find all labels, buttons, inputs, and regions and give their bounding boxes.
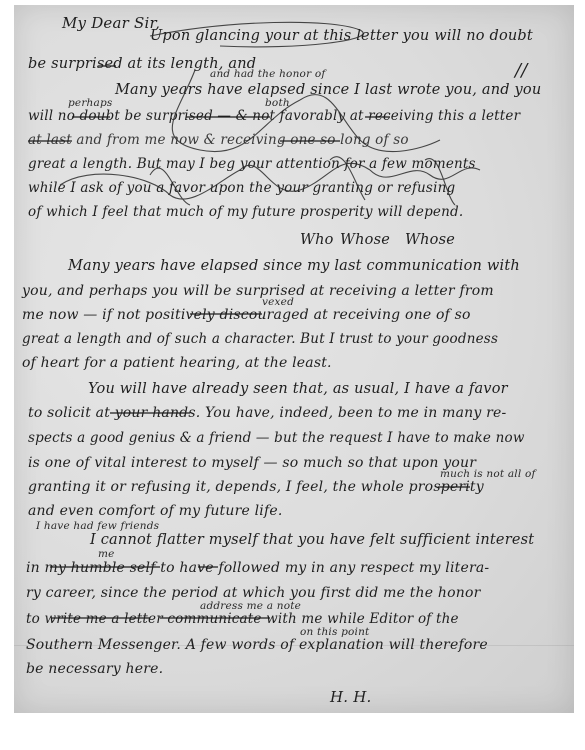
fair-p2-line-5: granting it or refusing it, depends, I f…: [28, 479, 484, 495]
fair-p3-insertion-friends: I have had few friends: [36, 520, 159, 532]
fair-p3-line-3: ry career, since the period at which you…: [26, 585, 481, 601]
word-trial-1: Who: [300, 232, 334, 248]
fair-p2-line-6: and even comfort of my future life.: [28, 503, 282, 519]
word-trial-2: Whose: [340, 232, 390, 248]
fair-p1-line-2: you, and perhaps you will be surprised a…: [22, 283, 494, 299]
salutation: My Dear Sir,: [62, 14, 160, 32]
fair-p3-line-2: in my humble self to have followed my in…: [26, 560, 489, 576]
fair-p1-line-4: great a length and of such a character. …: [22, 331, 498, 347]
fair-p2-line-4: is one of vital interest to myself — so …: [28, 455, 476, 471]
fair-p3-insertion-me: me: [98, 548, 115, 560]
draft-line-1: Upon glancing your at this letter you wi…: [150, 28, 533, 44]
fair-p3-line-5: Southern Messenger. A few words of expla…: [26, 637, 488, 653]
fair-p2-line-1: You will have already seen that, as usua…: [88, 381, 508, 397]
word-trial-3: Whose: [405, 232, 455, 248]
draft-line-3: Many years have elapsed since I last wro…: [115, 82, 541, 98]
draft-line-4: will no doubt be surprised — & not favor…: [28, 108, 520, 124]
fair-p1-line-5: of heart for a patient hearing, at the l…: [22, 355, 332, 371]
draft-insertion-1: and had the honor of: [210, 68, 325, 80]
draft-line-6: great a length. But may I beg your atten…: [28, 156, 476, 172]
fair-p2-line-2: to solicit at your hands. You have, inde…: [28, 405, 506, 421]
fair-p3-line-1: I cannot flatter myself that you have fe…: [90, 532, 534, 548]
draft-line-8: of which I feel that much of my future p…: [28, 204, 463, 220]
draft-line-5: at last and from me now & receiving one …: [28, 132, 409, 148]
fair-p1-line-3: me now — if not positively discouraged a…: [22, 307, 471, 323]
marginal-mark: //: [515, 60, 528, 81]
fair-p2-line-3: spects a good genius & a friend — but th…: [28, 430, 525, 446]
fair-p3-line-4: to write me a letter communicate with me…: [26, 611, 459, 627]
signature: H. H.: [330, 688, 371, 706]
draft-line-7: while I ask of you a favor upon the your…: [28, 180, 455, 196]
fair-p3-line-6: be necessary here.: [26, 661, 163, 677]
fair-p1-line-1: Many years have elapsed since my last co…: [68, 258, 520, 274]
